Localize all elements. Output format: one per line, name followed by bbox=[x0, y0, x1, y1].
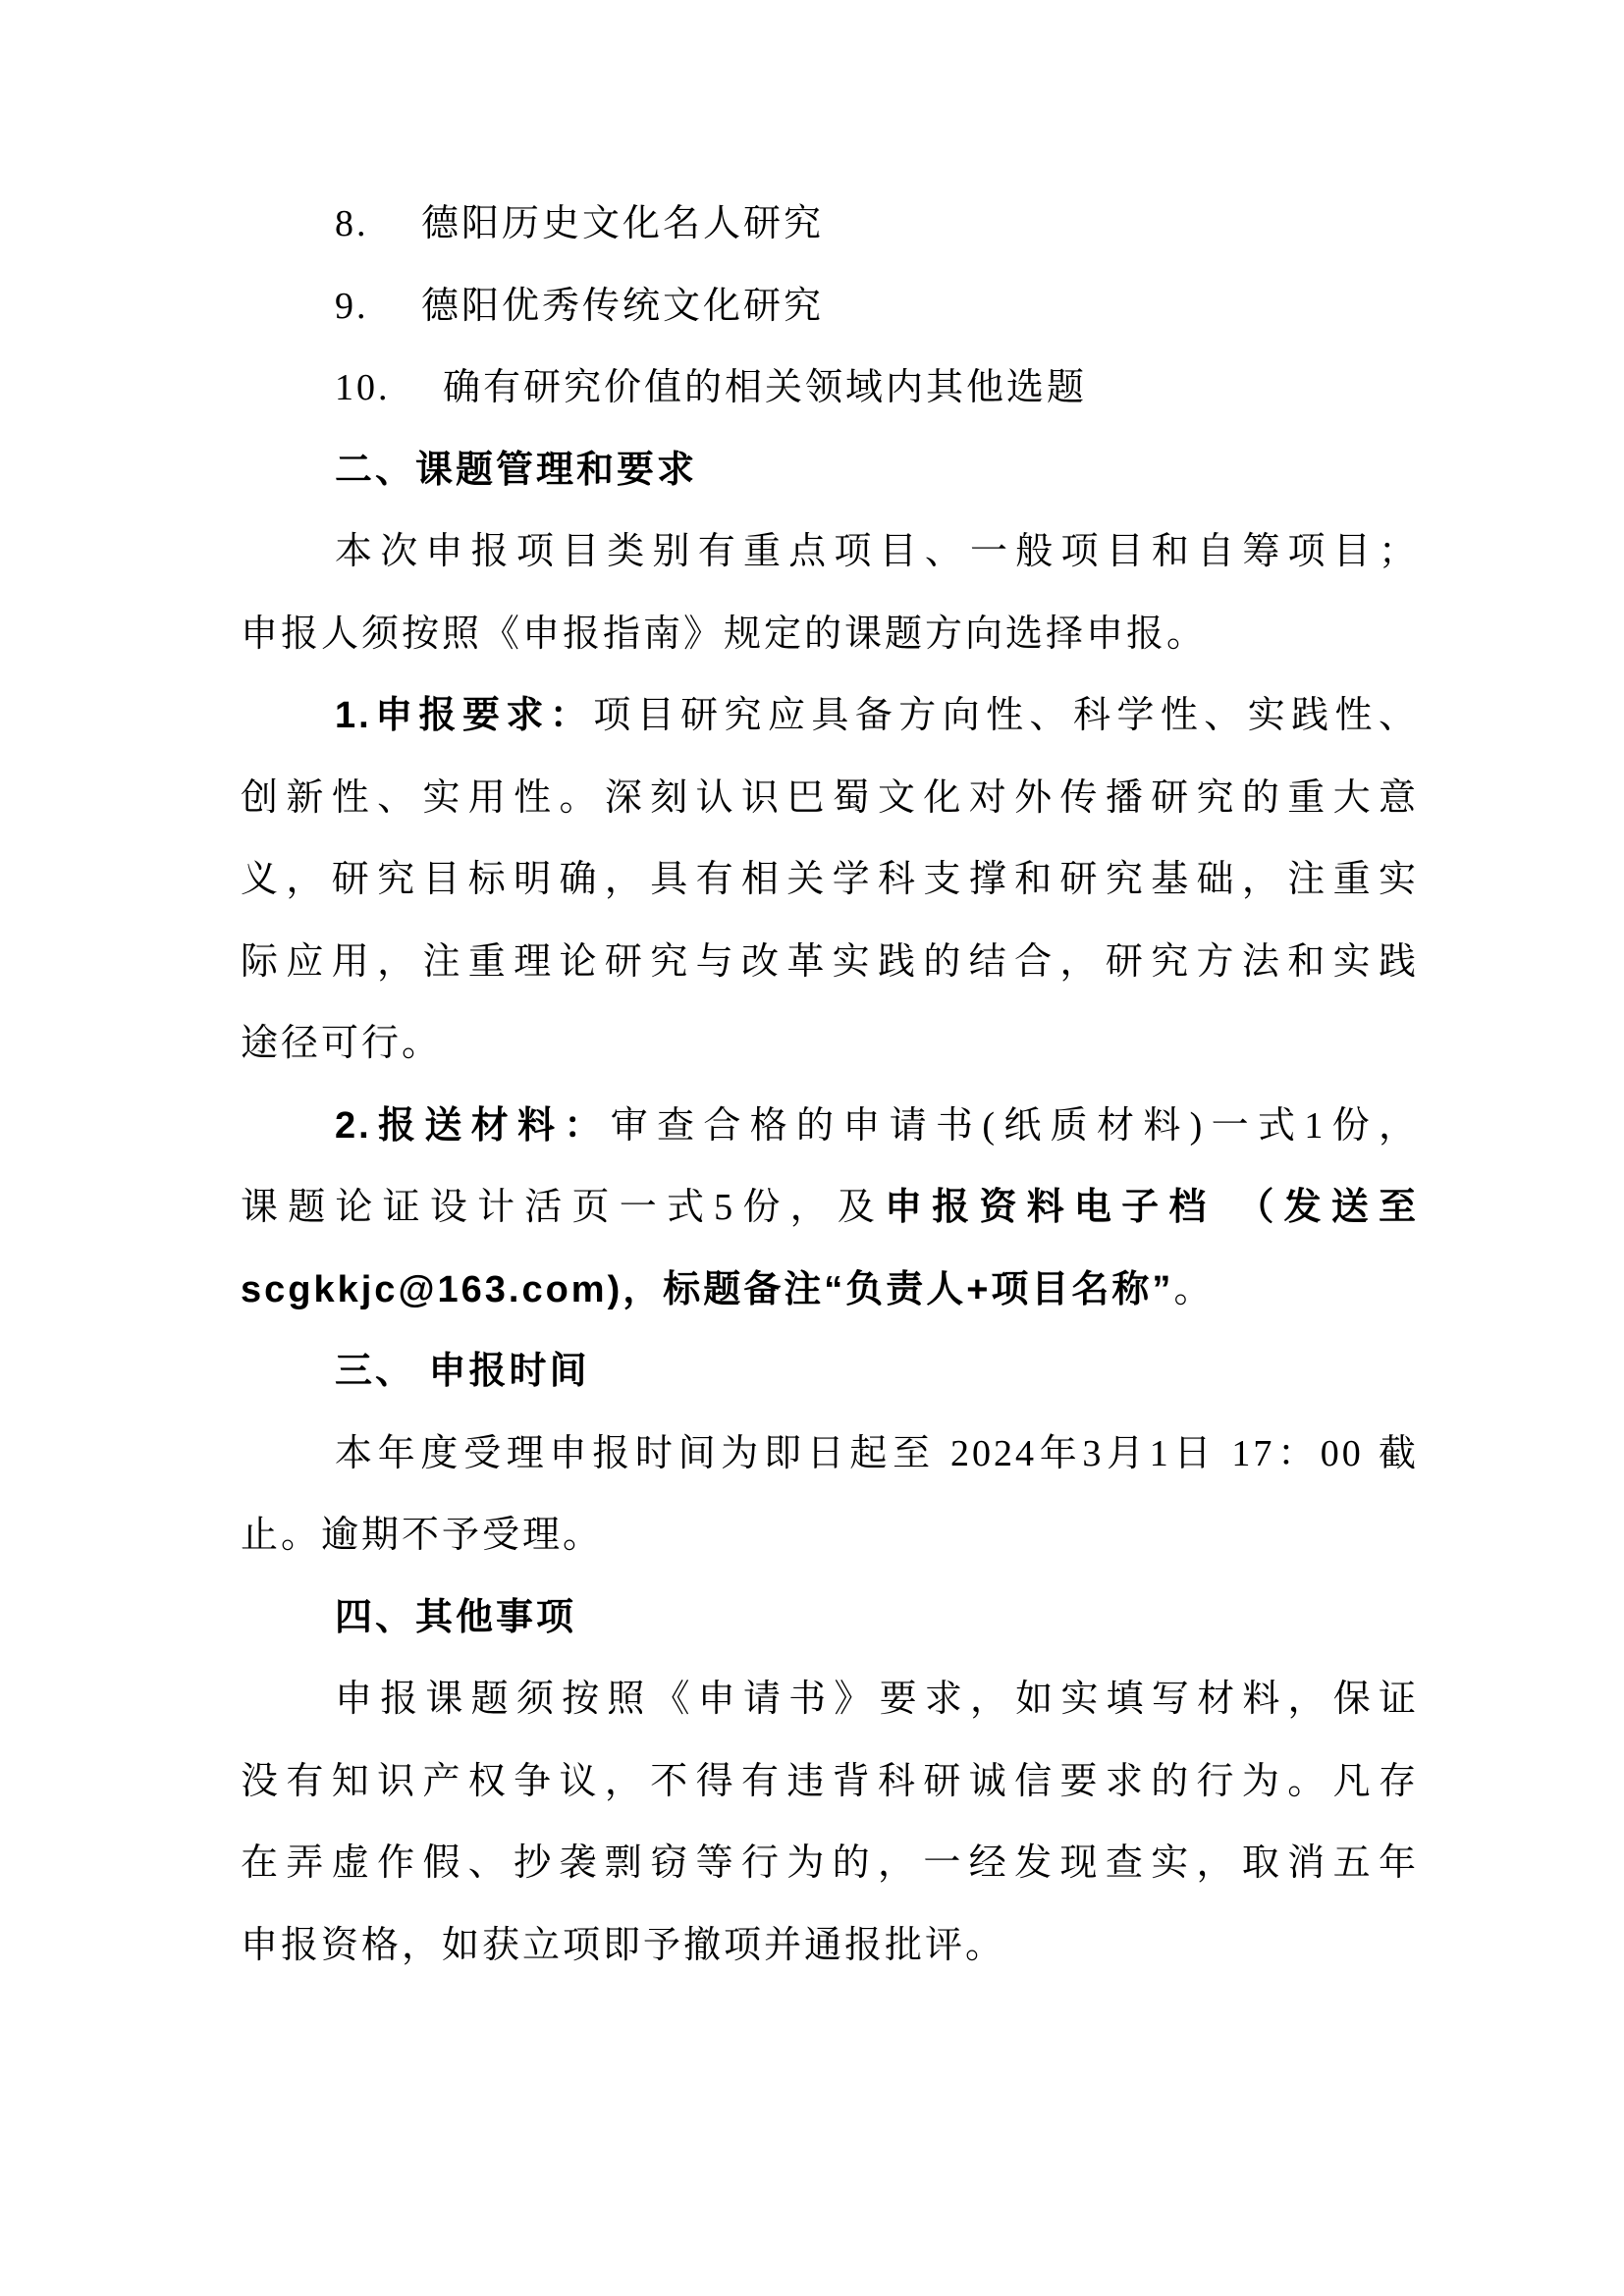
doc-line: 本年度受理申报时间为即日起至 2024年3月1日 17：00 截 bbox=[241, 1414, 1419, 1496]
document-page: 8. 德阳历史文化名人研究9. 德阳优秀传统文化研究10. 确有研究价值的相关领… bbox=[0, 0, 1624, 2296]
text-run: 8. 德阳历史文化名人研究 bbox=[335, 203, 824, 244]
text-run: 审查合格的申请书(纸质材料)一式1份， bbox=[611, 1105, 1419, 1147]
text-run: 创新性、实用性。深刻认识巴蜀文化对外传播研究的重大意 bbox=[241, 777, 1419, 819]
doc-line: 本次申报项目类别有重点项目、一般项目和自筹项目； bbox=[241, 511, 1419, 594]
text-run: 。 bbox=[1173, 1269, 1214, 1310]
text-run: 际应用，注重理论研究与改革实践的结合，研究方法和实践 bbox=[241, 941, 1419, 983]
doc-line: 申报人须按照《申报指南》规定的课题方向选择申报。 bbox=[241, 594, 1419, 676]
document-body: 8. 德阳历史文化名人研究9. 德阳优秀传统文化研究10. 确有研究价值的相关领… bbox=[241, 184, 1419, 1987]
text-run: 本年度受理申报时间为即日起至 2024年3月1日 17：00 截 bbox=[335, 1433, 1419, 1474]
doc-line: 在弄虚作假、抄袭剽窃等行为的，一经发现查实，取消五年 bbox=[241, 1823, 1419, 1905]
doc-line: 2.报送材料：审查合格的申请书(纸质材料)一式1份， bbox=[241, 1086, 1419, 1168]
text-run: 止。逾期不予受理。 bbox=[241, 1515, 603, 1556]
text-run: 申报课题须按照《申请书》要求，如实填写材料，保证 bbox=[335, 1679, 1419, 1720]
text-run-bold: 三、 申报时间 bbox=[335, 1351, 590, 1392]
doc-line: 没有知识产权争议，不得有违背科研诚信要求的行为。凡存 bbox=[241, 1741, 1419, 1824]
doc-line: 1.申报要求：项目研究应具备方向性、科学性、实践性、 bbox=[241, 675, 1419, 758]
doc-line: 义，研究目标明确，具有相关学科支撑和研究基础，注重实 bbox=[241, 839, 1419, 922]
doc-line: 10. 确有研究价值的相关领域内其他选题 bbox=[241, 347, 1419, 430]
doc-line: 四、其他事项 bbox=[241, 1577, 1419, 1660]
doc-line: 课题论证设计活页一式5份，及申报资料电子档 （发送至 bbox=[241, 1167, 1419, 1250]
text-run-bold: 申报资料电子档 （发送至 bbox=[885, 1187, 1419, 1228]
text-run: 10. 确有研究价值的相关领域内其他选题 bbox=[335, 367, 1087, 408]
doc-line: 途径可行。 bbox=[241, 1003, 1419, 1086]
doc-line: 际应用，注重理论研究与改革实践的结合，研究方法和实践 bbox=[241, 922, 1419, 1004]
doc-line: 8. 德阳历史文化名人研究 bbox=[241, 184, 1419, 266]
text-run-bold: 1.申报要求： bbox=[335, 695, 593, 736]
doc-line: 二、课题管理和要求 bbox=[241, 430, 1419, 512]
text-run-bold: scgkkjc@163.com)，标题备注“负责人+项目名称” bbox=[241, 1269, 1173, 1310]
text-run: 在弄虚作假、抄袭剽窃等行为的，一经发现查实，取消五年 bbox=[241, 1842, 1419, 1884]
text-run: 义，研究目标明确，具有相关学科支撑和研究基础，注重实 bbox=[241, 859, 1419, 900]
doc-line: 申报资格，如获立项即予撤项并通报批评。 bbox=[241, 1905, 1419, 1988]
text-run-bold: 二、课题管理和要求 bbox=[335, 450, 697, 491]
text-run: 申报人须按照《申报指南》规定的课题方向选择申报。 bbox=[241, 614, 1207, 655]
text-run-bold: 四、其他事项 bbox=[335, 1597, 576, 1638]
doc-line: 三、 申报时间 bbox=[241, 1331, 1419, 1414]
doc-line: 止。逾期不予受理。 bbox=[241, 1495, 1419, 1577]
text-run-bold: 2.报送材料： bbox=[335, 1105, 611, 1147]
text-run: 没有知识产权争议，不得有违背科研诚信要求的行为。凡存 bbox=[241, 1761, 1419, 1802]
text-run: 途径可行。 bbox=[241, 1023, 442, 1064]
text-run: 项目研究应具备方向性、科学性、实践性、 bbox=[593, 695, 1419, 736]
text-run: 本次申报项目类别有重点项目、一般项目和自筹项目； bbox=[335, 531, 1419, 572]
doc-line: scgkkjc@163.com)，标题备注“负责人+项目名称”。 bbox=[241, 1250, 1419, 1332]
text-run: 9. 德阳优秀传统文化研究 bbox=[335, 286, 824, 327]
text-run: 申报资格，如获立项即予撤项并通报批评。 bbox=[241, 1925, 1005, 1966]
doc-line: 创新性、实用性。深刻认识巴蜀文化对外传播研究的重大意 bbox=[241, 758, 1419, 840]
doc-line: 9. 德阳优秀传统文化研究 bbox=[241, 266, 1419, 348]
text-run: 课题论证设计活页一式5份，及 bbox=[241, 1187, 885, 1228]
doc-line: 申报课题须按照《申请书》要求，如实填写材料，保证 bbox=[241, 1659, 1419, 1741]
